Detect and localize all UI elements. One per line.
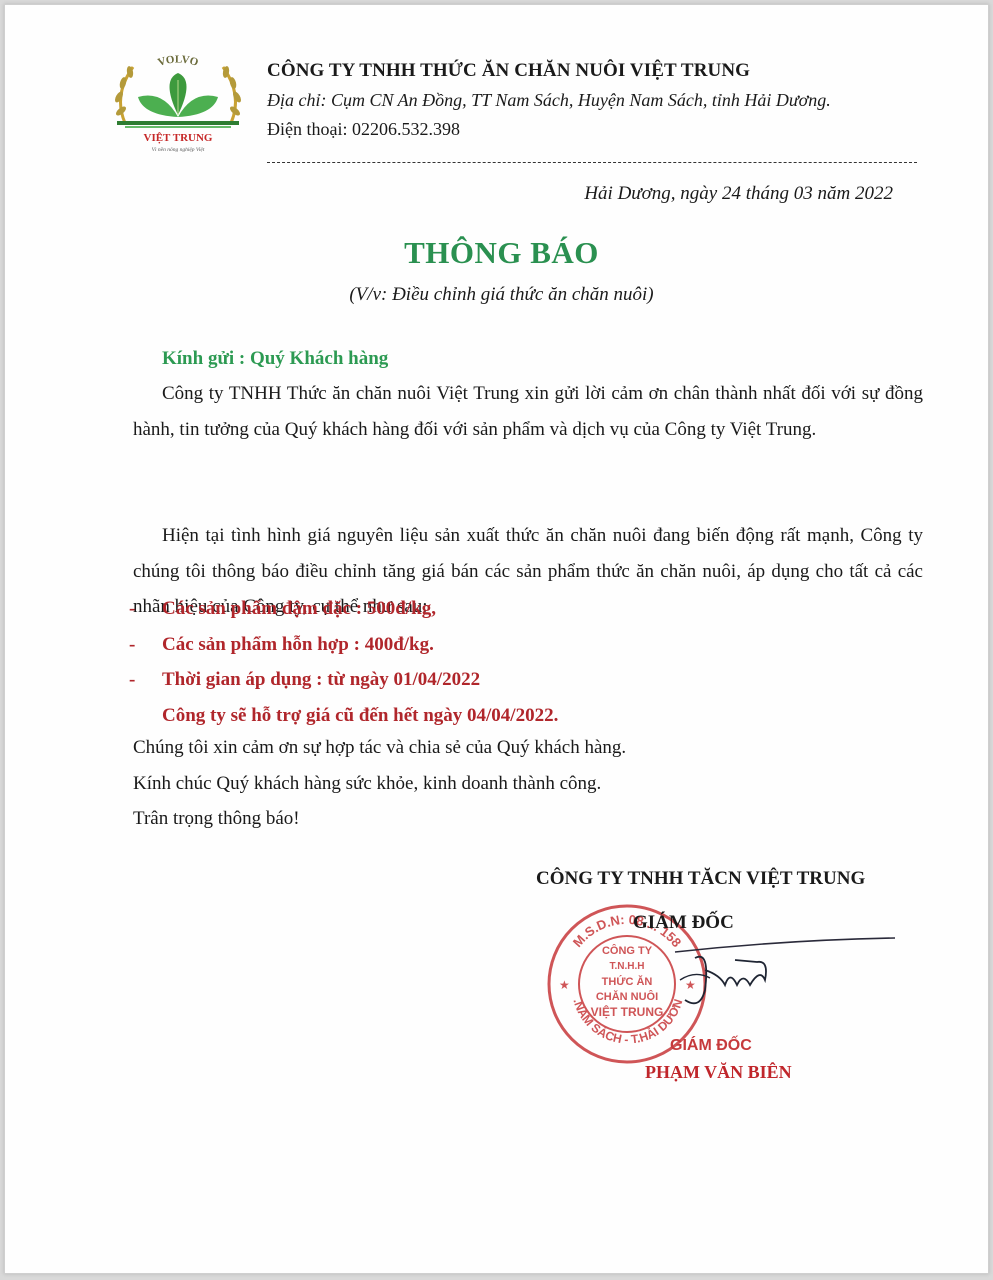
- date-line: Hải Dương, ngày 24 tháng 03 năm 2022: [584, 183, 893, 205]
- company-address: Địa chỉ: Cụm CN An Đồng, TT Nam Sách, Hu…: [267, 90, 831, 111]
- greeting: Kính gửi : Quý Khách hàng: [162, 348, 388, 370]
- bullet: -: [129, 662, 135, 698]
- svg-text:THỨC ĂN: THỨC ĂN: [602, 975, 653, 988]
- svg-text:★: ★: [559, 978, 570, 992]
- svg-text:CÔNG TY: CÔNG TY: [602, 944, 653, 957]
- svg-text:T.N.H.H: T.N.H.H: [610, 961, 645, 972]
- paragraph-thanks: Công ty TNHH Thức ăn chăn nuôi Việt Trun…: [133, 376, 923, 447]
- svg-text:VIỆT TRUNG: VIỆT TRUNG: [144, 131, 213, 144]
- header-divider: [267, 162, 917, 163]
- signature-company: CÔNG TY TNHH TĂCN VIỆT TRUNG: [536, 868, 865, 890]
- document-page: VOLVO VIỆT TRUNG Vì nền nông nghiệp Việt…: [4, 4, 989, 1274]
- closing-regards: Trân trọng thông báo!: [133, 801, 626, 837]
- closing-lines: Chúng tôi xin cảm ơn sự hợp tác và chia …: [133, 730, 626, 837]
- svg-text:VOLVO: VOLVO: [156, 53, 200, 69]
- svg-text:CHĂN NUÔI: CHĂN NUÔI: [596, 990, 658, 1003]
- leaf-wreath-logo-icon: VOLVO VIỆT TRUNG Vì nền nông nghiệp Việt: [103, 45, 253, 157]
- handwritten-signature-icon: [665, 930, 905, 1020]
- company-phone: Điện thoại: 02206.532.398: [267, 119, 460, 140]
- company-name: CÔNG TY TNHH THỨC ĂN CHĂN NUÔI VIỆT TRUN…: [267, 60, 750, 82]
- svg-text:VIỆT TRUNG: VIỆT TRUNG: [591, 1004, 664, 1019]
- svg-text:Vì nền nông nghiệp Việt: Vì nền nông nghiệp Việt: [152, 146, 205, 153]
- closing-wishes: Kính chúc Quý khách hàng sức khỏe, kinh …: [133, 766, 626, 802]
- signatory-name: PHẠM VĂN BIÊN: [645, 1062, 792, 1083]
- bullet: -: [129, 591, 135, 627]
- document-subject: (V/v: Điều chỉnh giá thức ăn chăn nuôi): [5, 284, 993, 306]
- document-title: THÔNG BÁO: [5, 235, 993, 271]
- closing-thanks: Chúng tôi xin cảm ơn sự hợp tác và chia …: [133, 730, 626, 766]
- bullet: -: [129, 627, 135, 663]
- stamp-role: GIÁM ĐỐC: [670, 1037, 752, 1055]
